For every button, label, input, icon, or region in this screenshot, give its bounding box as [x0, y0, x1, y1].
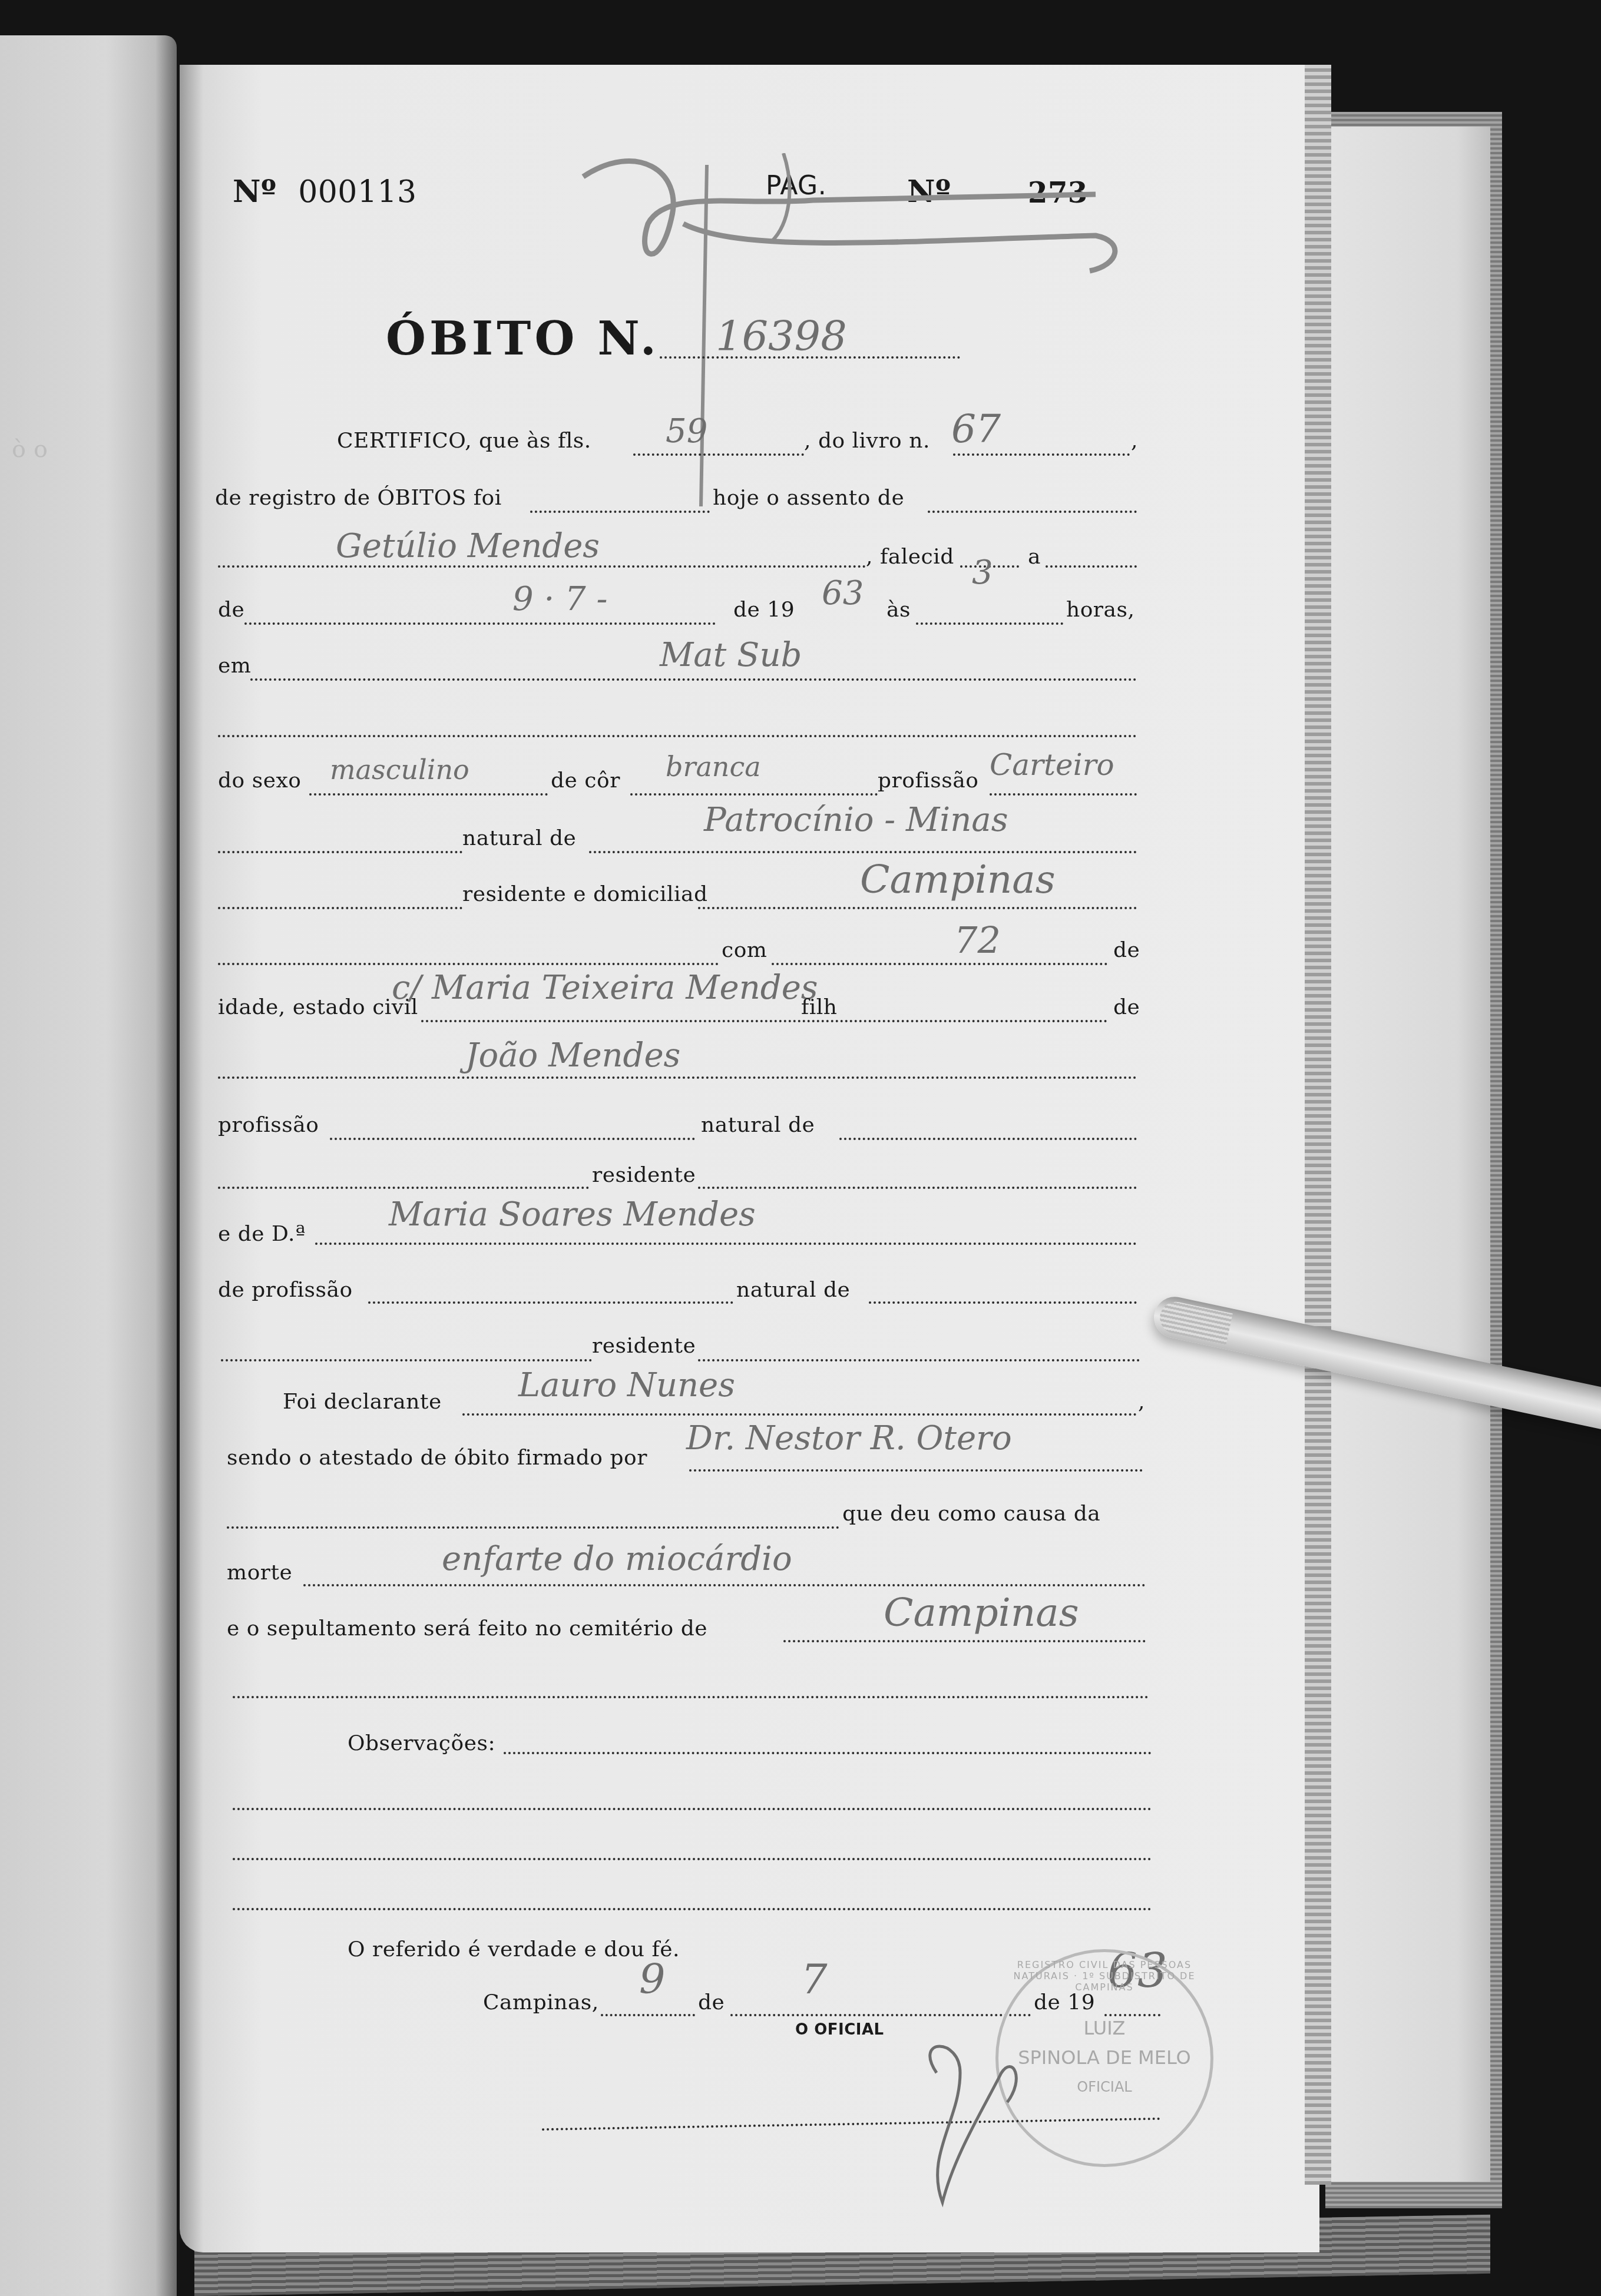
stamp-name1: LUIZ: [998, 2017, 1210, 2039]
livro-value: 67: [951, 406, 1001, 452]
obito-title: ÓBITO N.: [386, 312, 660, 366]
date-line: [244, 622, 716, 625]
father-profissao-label: profissão: [218, 1113, 319, 1137]
atestado-line: [689, 1469, 1143, 1472]
father-natural-label: natural de: [701, 1113, 815, 1137]
sexo-line: [309, 793, 548, 796]
cause-of-death: enfarte do miocárdio: [442, 1540, 792, 1578]
father-residente-line: [698, 1187, 1137, 1189]
observacoes-line: [504, 1752, 1152, 1754]
declarante-comma: ,: [1138, 1390, 1145, 1414]
blank-line: [233, 1696, 1149, 1698]
sign-de: de: [698, 1990, 725, 2015]
observacoes-label: Observações:: [348, 1731, 495, 1755]
assento-label: hoje o assento de: [713, 486, 904, 510]
mother-residente-label: residente: [592, 1334, 696, 1358]
mother-profissao-label: de profissão: [218, 1278, 353, 1302]
livro-line: [953, 453, 1130, 456]
day-line: [601, 2014, 695, 2016]
em-line: [250, 678, 1137, 681]
cor-value: branca: [666, 751, 761, 783]
com-pre-line: [218, 963, 719, 965]
observacoes-line: [233, 1908, 1152, 1910]
residente-pre-line: [218, 907, 462, 909]
filho-label: filh: [801, 995, 838, 1019]
sepultamento-line: [783, 1640, 1146, 1642]
name-line: [218, 565, 866, 568]
mother-residente-line: [698, 1359, 1140, 1361]
death-date: 9 · 7 -: [512, 580, 607, 618]
obito-number: 16398: [716, 312, 847, 360]
father-line: [218, 1076, 1137, 1079]
filho-de: de: [1113, 995, 1140, 1019]
falecid-a: a: [1028, 545, 1041, 569]
residente-line: [698, 907, 1137, 909]
sexo-label: do sexo: [218, 768, 301, 793]
deceased-name: Getúlio Mendes: [336, 527, 600, 565]
cemetery: Campinas: [884, 1590, 1079, 1635]
page-stitching: [1305, 65, 1331, 2185]
profissao-label: profissão: [878, 768, 978, 793]
stamp-ring-text: REGISTRO CIVIL DAS PESSOAS NATURAIS · 1º…: [998, 1959, 1210, 1993]
residente-label: residente e domiciliad: [462, 882, 708, 906]
causa-pre-line: [227, 1526, 839, 1529]
serial-label: Nº: [233, 174, 277, 210]
registro-label: de registro de ÓBITOS foi: [215, 486, 502, 510]
natural-label: natural de: [462, 826, 576, 850]
mother-label: e de D.ª: [218, 1222, 306, 1246]
month-line: [730, 2014, 1031, 2016]
estado-civil-label: idade, estado civil: [218, 995, 418, 1019]
morte-line: [303, 1584, 1146, 1586]
death-hour: 3: [972, 554, 993, 592]
fls-line: [633, 453, 804, 456]
livro-label: , do livro n.: [804, 429, 930, 453]
serial-number: Nº 000113: [233, 174, 417, 210]
father-res-pre-line: [218, 1187, 589, 1189]
fls-value: 59: [666, 412, 707, 450]
profissao-line: [990, 793, 1137, 796]
natural-pre-line: [218, 851, 462, 853]
mother-profissao-line: [368, 1301, 733, 1304]
mother-name: Maria Soares Mendes: [389, 1195, 756, 1234]
natural-value: Patrocínio - Minas: [704, 801, 1008, 839]
mother-res-pre-line: [221, 1359, 592, 1361]
left-page: o ó: [0, 35, 177, 2296]
declarante-label: Foi declarante: [283, 1390, 442, 1414]
cor-label: de côr: [551, 768, 620, 793]
declarante-name: Lauro Nunes: [518, 1366, 735, 1404]
atestado-doctor: Dr. Nestor R. Otero: [686, 1419, 1012, 1457]
oficial-label: O OFICIAL: [795, 2021, 884, 2039]
estado-civil-line: [421, 1020, 1107, 1022]
profissao-value: Carteiro: [990, 748, 1114, 782]
assento-line: [928, 511, 1137, 513]
hour-line: [916, 622, 1063, 625]
observacoes-line: [233, 1858, 1152, 1860]
sign-day: 9: [639, 1955, 666, 2003]
com-de: de: [1113, 938, 1140, 962]
declarante-line: [462, 1413, 1137, 1416]
horas-label: horas,: [1066, 598, 1134, 622]
age-line: [772, 963, 1107, 965]
registro-line: [530, 511, 710, 513]
com-label: com: [722, 938, 767, 962]
estado-civil-value: c/ Maria Teixeira Mendes: [392, 969, 818, 1007]
father-natural-line: [839, 1138, 1137, 1140]
father-profissao-line: [330, 1138, 695, 1140]
back-page: [1325, 127, 1490, 2182]
mother-natural-line: [869, 1301, 1137, 1304]
atestado-label: sendo o atestado de óbito firmado por: [227, 1446, 647, 1470]
observacoes-line: [233, 1808, 1152, 1810]
date-de-label: de: [218, 598, 244, 622]
official-signature-icon: [913, 2037, 1031, 2214]
certifico-label: CERTIFICO, que às fls.: [337, 429, 591, 453]
death-year: 63: [822, 574, 864, 612]
city-label: Campinas,: [483, 1990, 599, 2015]
sexo-value: masculino: [330, 754, 469, 786]
blank-line: [218, 735, 1137, 737]
natural-line: [589, 851, 1137, 853]
closing-statement: O referido é verdade e dou fé.: [348, 1937, 680, 1962]
falecid-label: , falecid: [866, 545, 954, 569]
death-place: Mat Sub: [660, 636, 802, 674]
certifico-comma: ,: [1131, 429, 1138, 453]
residente-value: Campinas: [860, 857, 1056, 902]
serial-value: 000113: [298, 174, 417, 210]
bleed-through-text: o ó: [12, 436, 48, 463]
mother-line: [315, 1243, 1137, 1245]
year-prefix: de 19: [733, 598, 795, 622]
sign-month: 7: [801, 1955, 828, 2003]
father-name: João Mendes: [465, 1036, 680, 1075]
morte-label: morte: [227, 1561, 292, 1585]
falecid-a-line: [1046, 565, 1137, 568]
sepultamento-label: e o sepultamento será feito no cemitério…: [227, 1616, 707, 1641]
father-residente-label: residente: [592, 1163, 696, 1187]
age-value: 72: [954, 919, 1001, 962]
cor-line: [630, 793, 878, 796]
mother-natural-label: natural de: [736, 1278, 850, 1302]
em-label: em: [218, 654, 251, 678]
causa-label: que deu como causa da: [842, 1502, 1100, 1526]
as-label: às: [886, 598, 911, 622]
